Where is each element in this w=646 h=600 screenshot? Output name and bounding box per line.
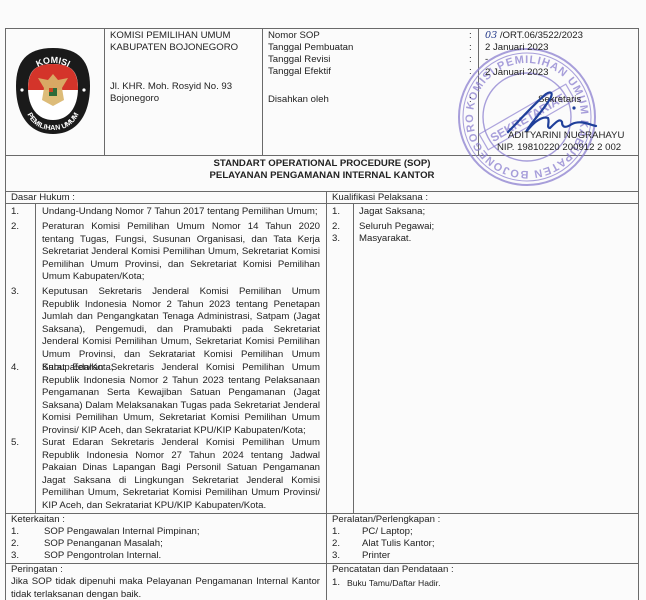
- list-item: Buku Tamu/Daftar Hadir.: [347, 577, 440, 589]
- dasar-hukum-heading: Dasar Hukum :: [11, 192, 75, 204]
- list-item: Seluruh Pegawai;: [359, 221, 434, 233]
- value-nomor-sop: 03 /ORT.06/3522/2023: [485, 30, 583, 42]
- org-name-line2: KABUPATEN BOJONEGORO: [110, 42, 238, 54]
- org-address-line1: Jl. KHR. Moh. Rosyid No. 93: [110, 81, 232, 93]
- signer-name: ADITYARINI NUGRAHAYU: [508, 130, 624, 142]
- list-item: Surat Edaran Sekretaris Jenderal Komisi …: [42, 437, 320, 513]
- value-disahkan-oleh: Sekretaris: [538, 94, 581, 106]
- org-name-line1: KOMISI PEMILIHAN UMUM: [110, 30, 230, 42]
- list-item: Peraturan Komisi Pemilihan Umum Nomor 14…: [42, 221, 320, 284]
- list-number: 3.: [332, 233, 340, 245]
- list-item: PC/ Laptop;: [362, 526, 413, 538]
- list-number: 2.: [332, 221, 340, 233]
- colon: :: [469, 42, 472, 54]
- colon: :: [469, 54, 472, 66]
- list-number: 4.: [11, 362, 19, 374]
- list-item: Jagat Saksana;: [359, 206, 425, 218]
- pencatatan-heading: Pencatatan dan Pendataan :: [332, 564, 454, 576]
- list-number: 2.: [332, 538, 340, 550]
- label-tanggal-pembuatan: Tanggal Pembuatan: [268, 42, 353, 54]
- value-tanggal-revisi: -: [485, 54, 488, 66]
- border-left: [5, 28, 6, 600]
- list-number: 1.: [11, 526, 19, 538]
- value-tanggal-pembuatan: 2 Januari 2023: [485, 42, 548, 54]
- colon: :: [469, 94, 472, 106]
- peringatan-text: Jika SOP tidak dipenuhi maka Pelayanan P…: [11, 576, 320, 600]
- list-item: SOP Pengawalan Internal Pimpinan;: [44, 526, 200, 538]
- border-top: [5, 28, 639, 29]
- list-item: SOP Pengontrolan Internal.: [44, 550, 161, 562]
- kpu-logo-icon: KOMISI PEMILIHAN UMUM: [14, 44, 92, 136]
- list-number: 2.: [11, 538, 19, 550]
- list-number: 2.: [11, 221, 19, 233]
- list-item: Keputusan Sekretaris Jenderal Komisi Pem…: [42, 286, 320, 374]
- list-item: SOP Penanganan Masalah;: [44, 538, 163, 550]
- list-number: 1.: [332, 526, 340, 538]
- label-tanggal-efektif: Tanggal Efektif: [268, 66, 331, 78]
- list-number: 1.: [11, 206, 19, 218]
- list-item: Printer: [362, 550, 390, 562]
- list-item: Masyarakat.: [359, 233, 411, 245]
- list-number: 3.: [11, 550, 19, 562]
- handwritten-number: 03: [485, 30, 497, 41]
- colon: :: [469, 30, 472, 42]
- org-address-line2: Bojonegoro: [110, 93, 159, 105]
- list-number: 3.: [332, 550, 340, 562]
- value-tanggal-efektif: 2 Januari 2023: [485, 67, 548, 79]
- signer-nip: NIP. 19810220 200912 2 002: [497, 142, 621, 154]
- sop-title-line1: STANDART OPERATIONAL PROCEDURE (SOP): [5, 158, 639, 170]
- list-number: 1.: [332, 577, 340, 589]
- list-number: 3.: [11, 286, 19, 298]
- list-item: Undang-Undang Nomor 7 Tahun 2017 tentang…: [42, 206, 320, 219]
- list-number: 5.: [11, 437, 19, 449]
- border-right: [638, 28, 639, 600]
- sop-title-line2: PELAYANAN PENGAMANAN INTERNAL KANTOR: [5, 170, 639, 182]
- colon: :: [469, 66, 472, 78]
- label-tanggal-revisi: Tanggal Revisi: [268, 54, 330, 66]
- list-item: Surat Edaran Sekretaris Jenderal Komisi …: [42, 362, 320, 438]
- label-nomor-sop: Nomor SOP: [268, 30, 320, 42]
- list-item: Alat Tulis Kantor;: [362, 538, 435, 550]
- keterkaitan-heading: Keterkaitan :: [11, 514, 65, 526]
- label-disahkan-oleh: Disahkan oleh: [268, 94, 329, 106]
- list-number: 1.: [332, 206, 340, 218]
- kualifikasi-heading: Kualifikasi Pelaksana :: [332, 192, 428, 204]
- peringatan-heading: Peringatan :: [11, 564, 63, 576]
- peralatan-heading: Peralatan/Perlengkapan :: [332, 514, 440, 526]
